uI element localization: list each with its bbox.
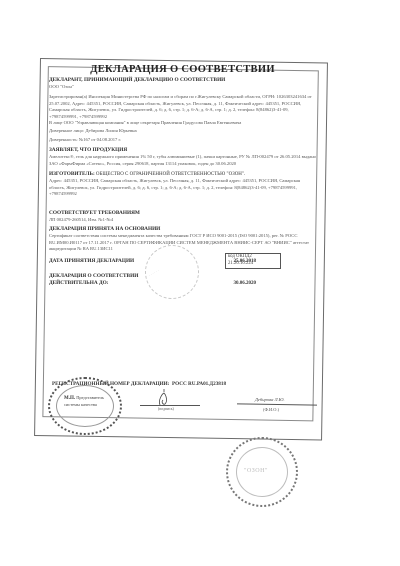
manufacturer-address: Адрес: 445351, РОССИЯ, Самарская область… — [49, 178, 316, 197]
product-heading: ЗАЯВЛЯЕТ, ЧТО ПРОДУКЦИЯ — [49, 147, 316, 154]
basis-heading: ДЕКЛАРАЦИЯ ПРИНЯТА НА ОСНОВАНИИ — [49, 226, 316, 233]
stamp-representative: Представитель — [76, 395, 104, 400]
acceptance-label: ДАТА ПРИНЯТИЯ ДЕКЛАРАЦИИ — [49, 258, 134, 265]
page-title: ДЕКЛАРАЦИЯ О СООТВЕТСТВИИ — [49, 64, 316, 75]
manufacturer-block: ИЗГОТОВИТЕЛЬ: ОБЩЕСТВО С ОГРАНИЧЕННОЙ ОТ… — [49, 171, 316, 178]
okpd-code-box: код ОКПД2 21.20.10.224 — [225, 253, 281, 269]
declarant-heading: ДЕКЛАРАНТ, ПРИНИМАЮЩИЙ ДЕКЛАРАЦИЮ О СООТ… — [49, 77, 316, 84]
signature-caption: (подпись) — [158, 407, 174, 411]
faint-stamp-text: · · · · · · — [148, 268, 160, 277]
round-stamp-text: "ОЗОН" — [244, 468, 268, 474]
document-page: ДЕКЛАРАЦИЯ О СООТВЕТСТВИИ ДЕКЛАРАНТ, ПРИ… — [0, 0, 400, 566]
product-description: Амелотекс®, гель для наружного применени… — [49, 154, 316, 167]
name-caption: (Ф.И.О.) — [263, 407, 279, 412]
seal-stamp-text: М.П. Представитель системы качества — [64, 395, 104, 407]
validity-date: 30.06.2020 — [234, 281, 257, 286]
round-company-stamp: "ОЗОН" — [226, 437, 298, 507]
validity-label-line2: ДЕЙСТВИТЕЛЬНА ДО: — [49, 280, 109, 287]
manufacturer-heading: ИЗГОТОВИТЕЛЬ: — [49, 171, 95, 177]
declarant-registration: Зарегистрирован(а) Инспекция Министерств… — [49, 94, 316, 120]
signature-line — [140, 405, 200, 406]
stamp-mp: М.П. — [64, 396, 75, 401]
registration-number-value: РОСС RU.РА01.Д23818 — [172, 381, 226, 387]
stamp-quality-system: системы качества — [64, 402, 97, 407]
okpd-code: 21.20.10.224 — [228, 261, 280, 268]
seal-stamp-left: М.П. Представитель системы качества — [48, 377, 122, 435]
signature-mark-icon — [157, 388, 169, 406]
compliance-heading: СООТВЕТСТВУЕТ ТРЕБОВАНИЯМ — [49, 210, 316, 217]
signer-name: Дебирова Л.Ю. — [255, 397, 285, 402]
manufacturer-name: ОБЩЕСТВО С ОГРАНИЧЕННОЙ ОТВЕТСТВЕННОСТЬЮ… — [96, 172, 245, 177]
